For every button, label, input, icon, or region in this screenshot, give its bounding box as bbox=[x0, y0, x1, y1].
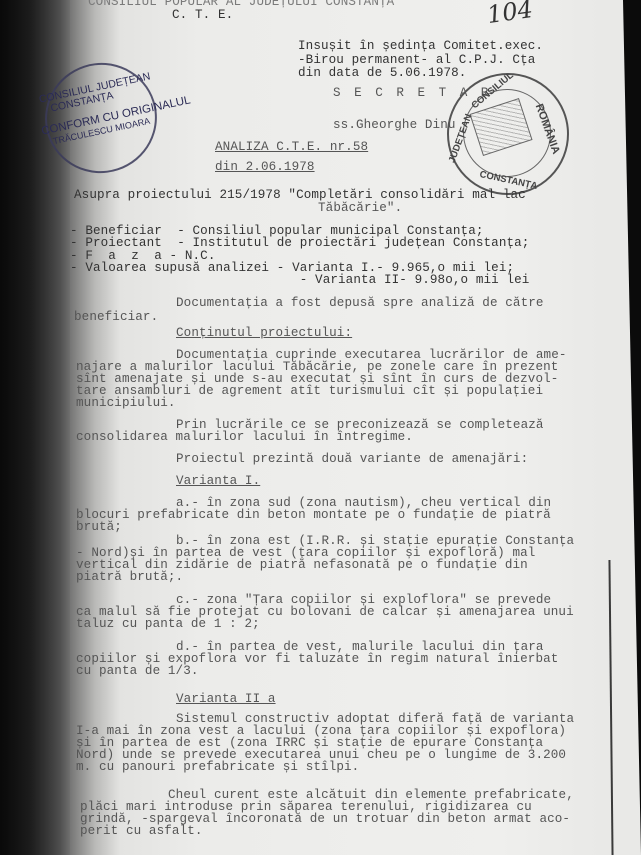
variant1-item-c: taluz cu panta de 1 : 2; bbox=[76, 618, 260, 630]
subject-line-2: Tăbăcărie". bbox=[318, 202, 402, 214]
variant1-item-d: cu panta de 1/3. bbox=[76, 665, 199, 677]
approval-line-2: -Birou permanent- al C.P.J. Cța bbox=[298, 54, 535, 66]
subject-line-1: Asupra proiectului 215/1978 "Completări … bbox=[74, 189, 526, 201]
content-heading: Conținutul proiectului: bbox=[176, 327, 352, 339]
variant1-item-b: piatră brută;. bbox=[76, 571, 183, 583]
analysis-date: din 2.06.1978 bbox=[215, 161, 315, 173]
deposit-line-2: beneficiar. bbox=[74, 311, 158, 323]
analysis-title: ANALIZA C.T.E. nr.58 bbox=[215, 141, 368, 153]
variant1-item-a: brută; bbox=[76, 521, 122, 533]
content-para-line: municipiului. bbox=[76, 397, 176, 409]
detail-designer: - Proiectant - Institutul de proiectări … bbox=[70, 237, 529, 249]
variant1-heading: Varianta I. bbox=[176, 475, 260, 487]
committee-name: C. T. E. bbox=[172, 9, 233, 21]
approval-line-1: Insușit în ședința Comitet.exec. bbox=[298, 40, 543, 52]
variants-intro: Proiectul prezintă două variante de amen… bbox=[176, 453, 528, 465]
institution-line: CONSILIUL POPULAR AL JUDEȚULUI CONSTANȚA bbox=[88, 0, 394, 8]
deposit-line-1: Documentația a fost depusă spre analiză … bbox=[176, 297, 544, 309]
approval-line-3: din data de 5.06.1978. bbox=[298, 67, 466, 79]
works-para-line: consolidarea malurilor lacului în întreg… bbox=[76, 431, 413, 443]
variant1-item-a: blocuri prefabricate din beton montate p… bbox=[76, 509, 551, 521]
detail-value-v2: - Varianta II- 9.98o,o mii lei bbox=[70, 274, 529, 286]
official-seal: CONSILIUL ROMÂNIA JUDEȚEAN CONSTANȚA bbox=[447, 73, 569, 195]
signature: ss.Gheorghe Dinu bbox=[333, 119, 456, 131]
variant2-para-line: m. cu panouri prefabricate și stîlpi. bbox=[76, 761, 359, 773]
quay-para-line: perit cu asfalt. bbox=[80, 825, 203, 837]
variant2-heading: Varianta II a bbox=[176, 693, 276, 705]
